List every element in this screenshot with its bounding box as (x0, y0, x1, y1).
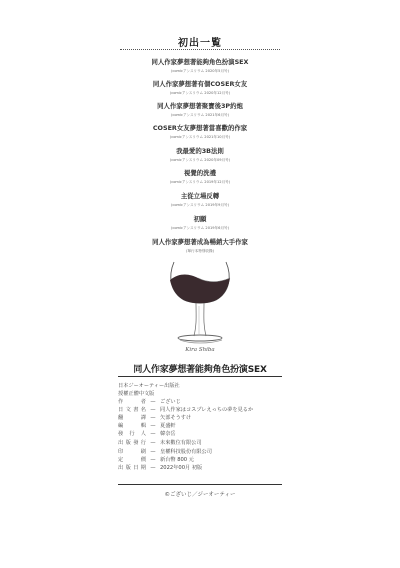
bottom-rule (118, 484, 282, 485)
row-value: ございじ (160, 399, 181, 405)
row-value: 皇權科技股份有限公司 (160, 449, 212, 455)
colophon-row: 定價—新台幣 800 元 (118, 456, 288, 464)
row-label: 翻譯 (118, 414, 146, 422)
row-dash: — (146, 439, 160, 447)
row-label: 定價 (118, 456, 146, 464)
row-label: 編輯 (118, 422, 146, 430)
colophon-row: 翻譯—矢部そうすけ (118, 414, 288, 422)
row-dash: — (146, 422, 160, 430)
entry-title: 同人作家夢想著能夠角色扮演SEX (0, 57, 400, 66)
row-dash: — (146, 448, 160, 456)
row-value: 同人作家はコスプレえっちの夢を見るか (160, 407, 253, 413)
entry-title: COSER女友夢想著當喜歡的作家 (0, 123, 400, 132)
entry-title: 我最愛的3B法則 (0, 146, 400, 155)
row-dash: — (146, 406, 160, 414)
colophon-row: 編輯—夏盛軒 (118, 422, 288, 430)
row-value: 夏盛軒 (160, 423, 176, 429)
entry-title: 同人作家夢想著成為暢銷大手作家 (0, 237, 400, 246)
entry-source: (comicアンスリウム 2021年10月号) (0, 135, 400, 140)
entry-source: (comicアンスリウム 2020年5月号) (0, 69, 400, 74)
copyright-notice: ©ございじ／ジーオーティー (0, 490, 400, 498)
row-label: 日文書名 (118, 406, 146, 414)
entry-source: (comicアンスリウム 2020年12月号) (0, 91, 400, 96)
colophon-row: 印刷—皇權科技股份有限公司 (118, 448, 288, 456)
entry-title: 主從立場反轉 (0, 191, 400, 200)
row-value: 韓奈岳 (160, 431, 176, 437)
entry-title: 同人作家夢想著有個COSER女友 (0, 79, 400, 88)
entry-source: (comicアンスリウム 2019年6月号) (0, 226, 400, 231)
entry-title: 視覺的洗禮 (0, 168, 400, 177)
colophon-row: 發行人—韓奈岳 (118, 430, 288, 438)
row-value: 2022年00月 初版 (160, 465, 202, 471)
license-line: 授權正體中文版 (118, 390, 288, 398)
entry-source: (單行本特別收錄) (0, 249, 400, 254)
row-dash: — (146, 456, 160, 464)
entry-source: (comicアンスリウム 2021年6月号) (0, 113, 400, 118)
page-heading: 初出一覧 (0, 34, 400, 49)
row-dash: — (146, 464, 160, 472)
row-value: 矢部そうすけ (160, 415, 191, 421)
row-value: 未來數位有限公司 (160, 440, 202, 446)
artist-signature: Kira Shiba (0, 347, 400, 353)
colophon-row: 出版日期—2022年00月 初版 (118, 464, 288, 472)
dotted-divider (120, 49, 280, 50)
colophon-row: 出版發行—未來數位有限公司 (118, 439, 288, 447)
row-label: 出版發行 (118, 439, 146, 447)
row-dash: — (146, 414, 160, 422)
row-dash: — (146, 430, 160, 438)
entry-source: (comicアンスリウム 2020年09月号) (0, 158, 400, 163)
publisher-line: 日本ジーオーティー出版社 (118, 382, 288, 390)
row-value: 新台幣 800 元 (160, 457, 194, 463)
entry-source: (comicアンスリウム 2019年9月号) (0, 203, 400, 208)
title-underline (118, 376, 282, 377)
row-dash: — (146, 398, 160, 406)
colophon-row: 作者—ございじ (118, 398, 288, 406)
entry-title: 初願 (0, 214, 400, 223)
wine-glass-illustration (154, 258, 246, 350)
entry-source: (comicアンスリウム 2019年12月号) (0, 180, 400, 185)
book-title: 同人作家夢想著能夠角色扮演SEX (0, 362, 400, 375)
colophon-row: 日文書名—同人作家はコスプレえっちの夢を見るか (118, 406, 288, 414)
row-label: 作者 (118, 398, 146, 406)
row-label: 印刷 (118, 448, 146, 456)
row-label: 出版日期 (118, 464, 146, 472)
entry-title: 同人作家夢想著聚寶後3P約炮 (0, 101, 400, 110)
row-label: 發行人 (118, 430, 146, 438)
